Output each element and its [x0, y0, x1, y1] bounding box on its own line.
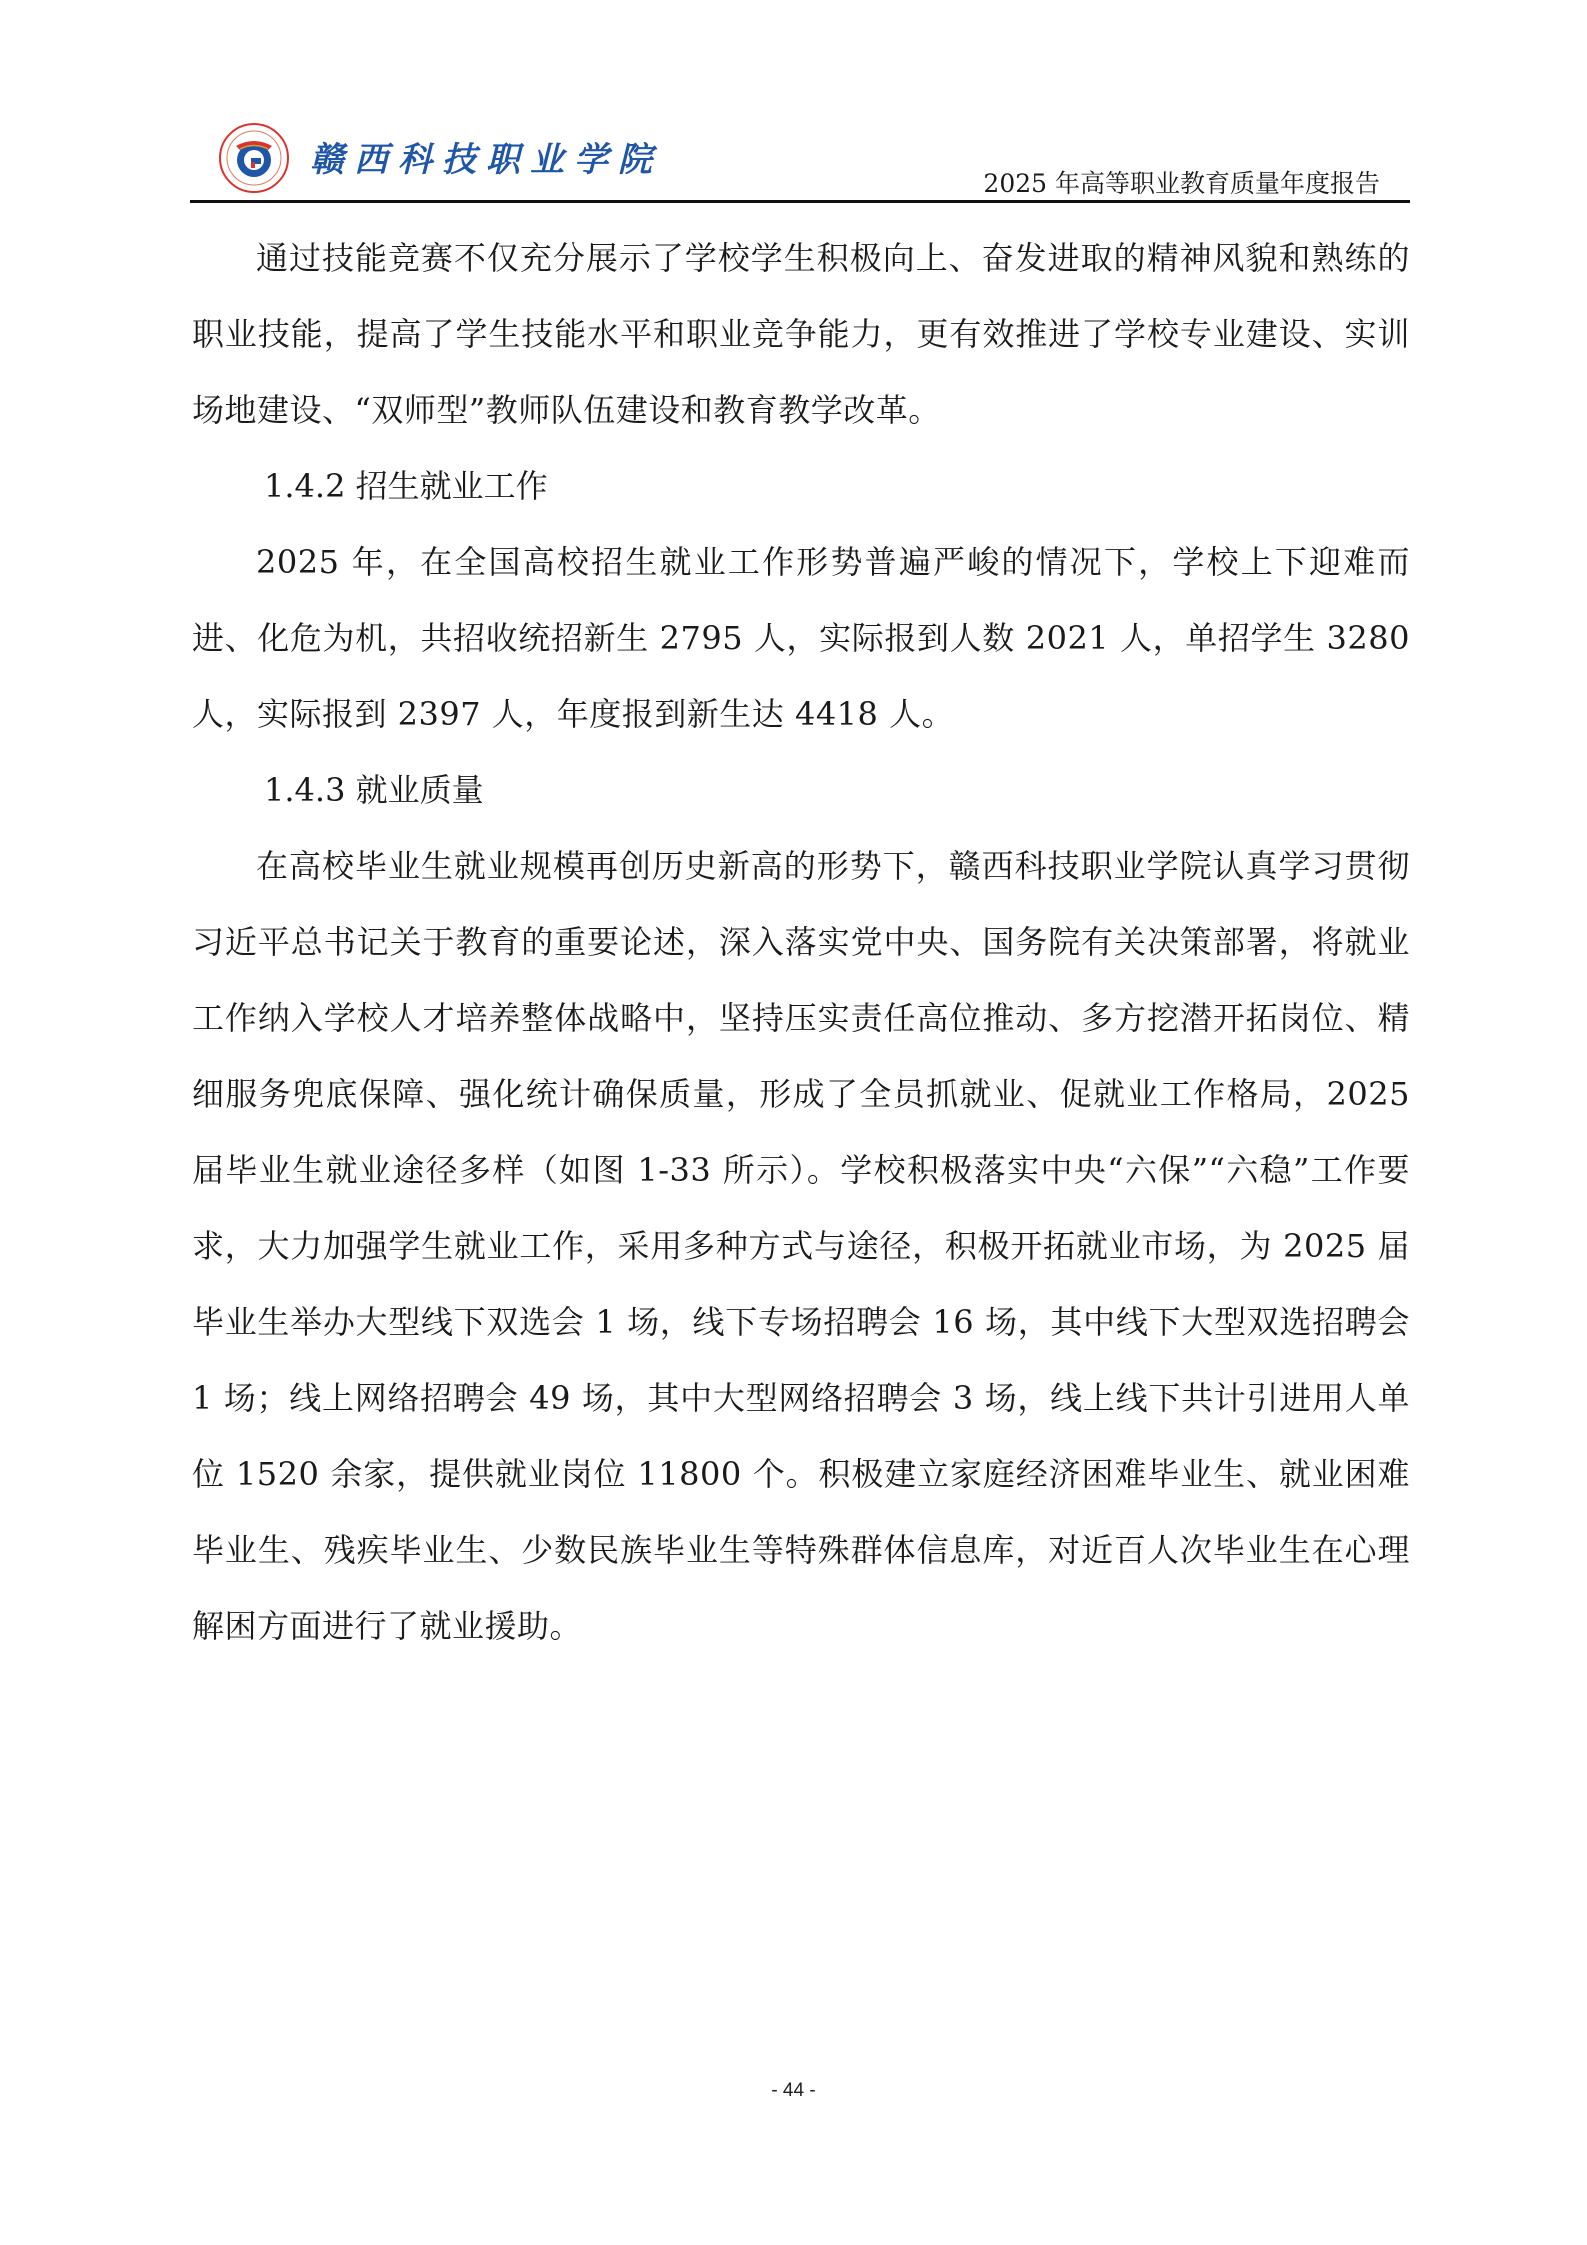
page-header: 赣西科技职业学院 2025 年高等职业教育质量年度报告	[190, 118, 1410, 204]
paragraph-employment-quality: 在高校毕业生就业规模再创历史新高的形势下，赣西科技职业学院认真学习贯彻习近平总书…	[192, 828, 1410, 1664]
section-heading-employment-quality: 1.4.3 就业质量	[192, 752, 1410, 828]
paragraph-skills-competition: 通过技能竞赛不仅充分展示了学校学生积极向上、奋发进取的精神风貌和熟练的职业技能，…	[192, 220, 1410, 448]
header-divider	[190, 200, 1410, 203]
school-name: 赣西科技职业学院	[310, 132, 662, 181]
section-heading-enrollment: 1.4.2 招生就业工作	[192, 448, 1410, 524]
paragraph-enrollment: 2025 年，在全国高校招生就业工作形势普遍严峻的情况下，学校上下迎难而进、化危…	[192, 524, 1410, 752]
report-title: 2025 年高等职业教育质量年度报告	[983, 164, 1380, 200]
school-emblem-icon	[218, 122, 290, 194]
document-body: 通过技能竞赛不仅充分展示了学校学生积极向上、奋发进取的精神风貌和熟练的职业技能，…	[192, 220, 1410, 1664]
page-number: - 44 -	[0, 2080, 1587, 2102]
